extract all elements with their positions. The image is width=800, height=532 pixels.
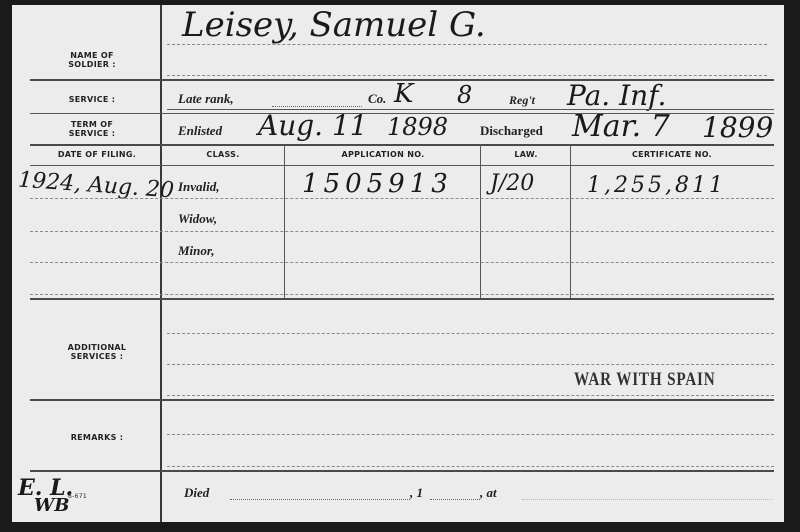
late-rank-blank [272, 106, 362, 107]
died-date-blank [230, 499, 410, 500]
label-column-divider [160, 5, 162, 522]
class-invalid: Invalid, [178, 179, 220, 195]
remarks-label: REMARKS : [52, 433, 142, 442]
remarks-line [167, 434, 774, 435]
column-divider [570, 144, 571, 299]
certificate-no-value: 1,255,811 [587, 173, 726, 198]
discharged-label: Discharged [480, 123, 543, 139]
certificate-no-header: CERTIFICATE NO. [572, 150, 772, 159]
regiment-number: 8 [457, 81, 472, 109]
company-label: Co. [368, 91, 386, 107]
date-of-filing-header: DATE OF FILING. [34, 150, 160, 159]
row-line [30, 262, 774, 263]
law-header: LAW. [482, 150, 570, 159]
row-line [30, 231, 774, 232]
form-number: 6-671 [68, 492, 87, 501]
additional-services-label: ADDITIONAL SERVICES : [52, 343, 142, 361]
application-no-header: APPLICATION NO. [286, 150, 480, 159]
died-place-blank [522, 499, 772, 500]
rule [30, 470, 774, 472]
enlisted-year: 1898 [387, 113, 448, 141]
additional-line [167, 364, 774, 365]
class-minor: Minor, [178, 243, 215, 259]
remarks-line [167, 466, 774, 467]
enlisted-label: Enlisted [178, 123, 222, 139]
soldier-name: Leisey, Samuel G. [182, 5, 486, 45]
late-rank-label: Late rank, [178, 91, 234, 107]
died-year-blank [430, 499, 480, 500]
discharged-date: Mar. 7 [572, 109, 670, 144]
rule [30, 298, 774, 300]
pension-index-card: NAME OF SOLDIER : Leisey, Samuel G. SERV… [12, 5, 784, 522]
term-of-service-label: TERM OF SERVICE : [52, 120, 132, 138]
column-divider [480, 144, 481, 299]
name-dotted-line [167, 44, 767, 45]
name-of-soldier-label: NAME OF SOLDIER : [52, 51, 132, 69]
company-value: K [394, 79, 413, 109]
clerk-initials-2: WB [34, 495, 69, 516]
column-divider [284, 144, 285, 299]
died-at-label: , at [480, 485, 497, 501]
rule [30, 144, 774, 146]
rule [30, 165, 774, 166]
died-label: Died [184, 485, 209, 501]
regiment-label: Reg't [509, 93, 535, 108]
service-label: SERVICE : [52, 95, 132, 104]
war-with-spain-stamp: WAR WITH SPAIN [574, 369, 716, 391]
law-value: J/20 [490, 171, 534, 196]
regiment-unit: Pa. Inf. [567, 79, 666, 112]
row-line [30, 294, 774, 295]
additional-line [167, 395, 774, 396]
rule [30, 399, 774, 401]
died-year-prefix: , 1 [410, 485, 423, 501]
additional-line [167, 333, 774, 334]
class-header: CLASS. [162, 150, 284, 159]
application-no-value: 1505913 [302, 169, 453, 199]
row-line [30, 198, 774, 199]
class-widow: Widow, [178, 211, 217, 227]
enlisted-date: Aug. 11 [258, 109, 368, 142]
name-dotted-line-2 [167, 75, 767, 76]
discharged-year: 1899 [702, 111, 773, 144]
